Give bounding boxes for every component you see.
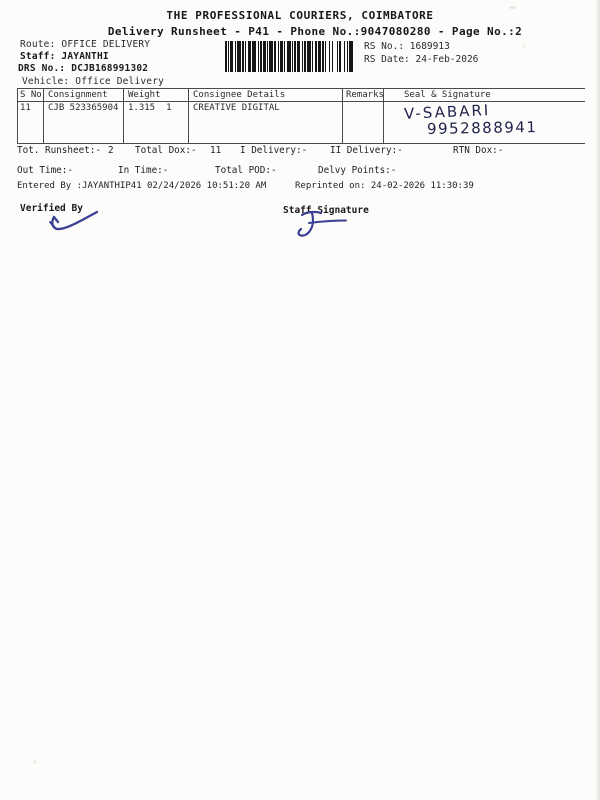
cell-remarks [342, 102, 383, 143]
cell-weight: 1.315 [128, 103, 155, 113]
cell-pcs: 1 [166, 103, 171, 113]
rtn-dox-label: RTN Dox:- [453, 145, 503, 156]
cell-weight-pcs: 1.3151 [123, 102, 188, 143]
total-dox-value: 11 [210, 145, 221, 156]
staff-line: Staff: JAYANTHI [20, 51, 109, 62]
cell-consignee: CREATIVE DIGITAL [188, 102, 342, 143]
ii-delivery-label: II Delivery:- [330, 145, 403, 156]
runsheet-document: THE PROFESSIONAL COURIERS, COIMBATORE De… [0, 0, 600, 800]
staff-initial-signature-icon [291, 210, 349, 238]
scan-artifact [509, 6, 516, 9]
out-time-label: Out Time:- [17, 165, 73, 176]
reprinted-on-line: Reprinted on: 24-02-2026 11:30:39 [295, 181, 474, 191]
header-consignee-details: Consignee Details [188, 89, 342, 101]
tot-runsheet-label: Tot. Runsheet:- [17, 145, 101, 156]
page-subtitle: Delivery Runsheet - P41 - Phone No.:9047… [0, 25, 600, 38]
header-s-no: S No [17, 89, 43, 101]
cell-s-no: 11 [17, 102, 43, 143]
vehicle-line: Vehicle: Office Delivery [22, 76, 164, 87]
in-time-label: In Time:- [118, 165, 168, 176]
rs-no-line: RS No.: 1689913 [364, 41, 450, 52]
route-line: Route: OFFICE DELIVERY [20, 39, 150, 50]
page-title: THE PROFESSIONAL COURIERS, COIMBATORE [0, 9, 600, 22]
drs-no-line: DRS No.: DCJB168991302 [18, 63, 148, 74]
total-pod-label: Total POD:- [215, 165, 277, 176]
rs-date-line: RS Date: 24-Feb-2026 [364, 54, 478, 65]
header-weight-pcs: WeightPCS [123, 89, 188, 101]
header-remarks: Remarks [342, 89, 383, 101]
scan-artifact [33, 760, 36, 764]
handwritten-phone-number: 9952888941 [427, 118, 538, 138]
verified-by-checkmark-signature-icon [44, 209, 100, 233]
cell-consignment-no: CJB 523365904 [43, 102, 123, 143]
page-edge-shadow [595, 0, 600, 800]
tot-runsheet-value: 2 [108, 145, 114, 156]
i-delivery-label: I Delivery:- [240, 145, 307, 156]
header-weight: Weight [128, 90, 161, 101]
header-consignment-no: Consignment No [43, 89, 123, 101]
entered-by-line: Entered By :JAYANTHIP41 02/24/2026 10:51… [17, 181, 266, 191]
table-header-row: S No Consignment No WeightPCS Consignee … [17, 89, 585, 102]
total-dox-label: Total Dox:- [135, 145, 197, 156]
delvy-points-label: Delvy Points:- [318, 165, 396, 176]
header-seal-signature: Seal & Signature [383, 89, 585, 101]
scan-artifact [523, 45, 526, 48]
barcode-icon [225, 41, 360, 72]
